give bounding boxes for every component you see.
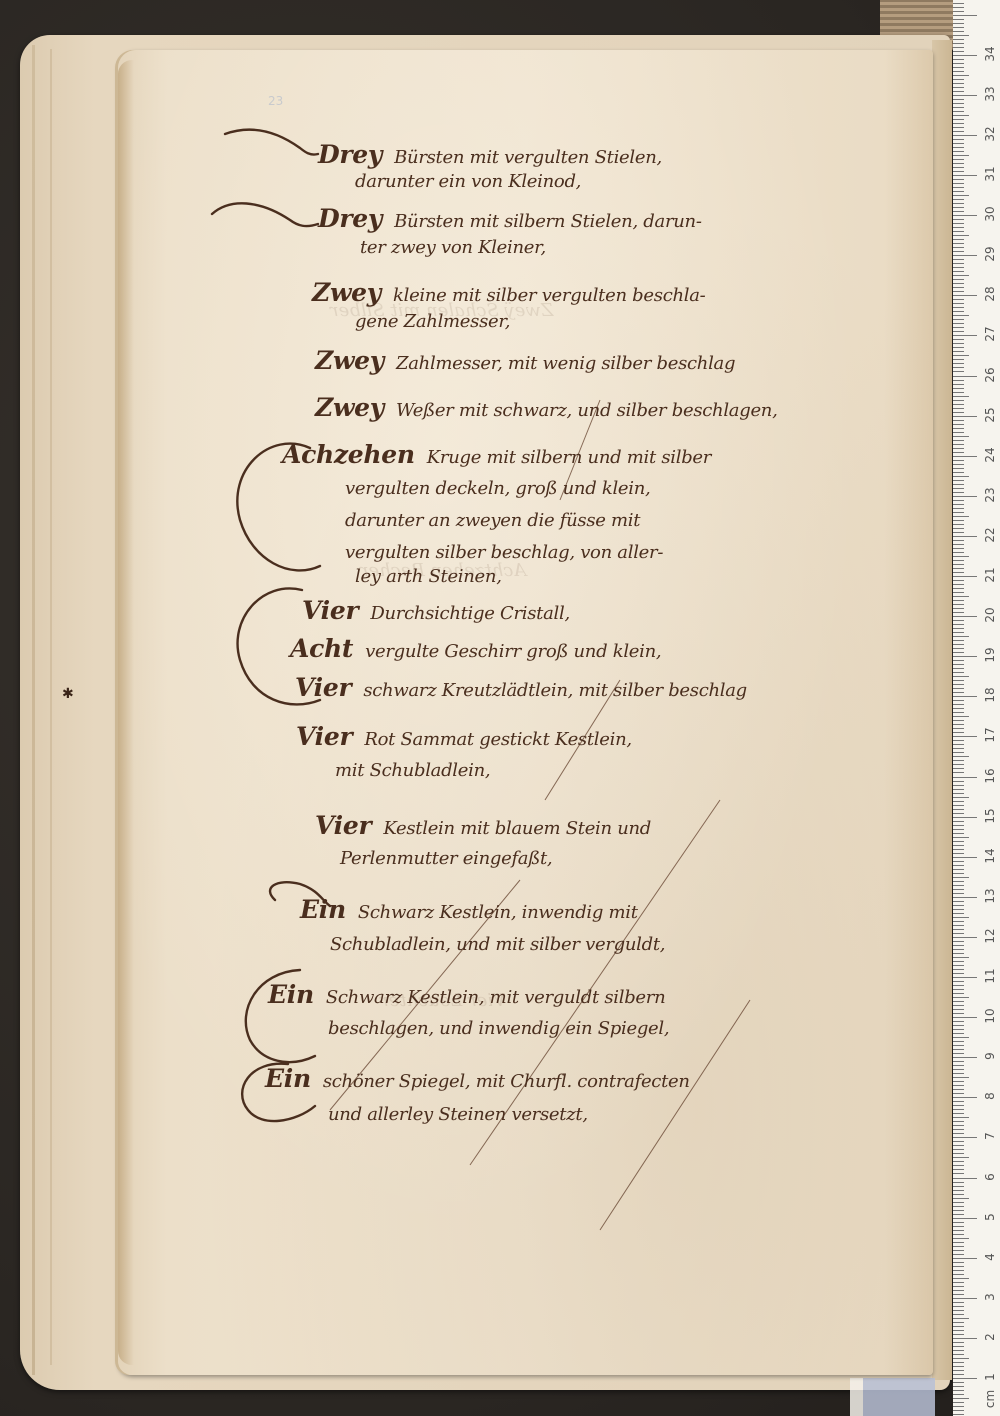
ruler-tick — [953, 752, 964, 753]
entry-text: Schwarz Kestlein, mit verguldt silbern — [326, 987, 666, 1008]
ruler-tick — [953, 351, 964, 352]
ruler-tick — [953, 797, 969, 798]
entry-line: Zweykleine mit silber vergulten beschla- — [312, 278, 705, 307]
ruler-tick — [953, 801, 964, 802]
ruler-tick — [953, 384, 964, 385]
ruler-tick — [953, 1370, 964, 1371]
ruler-tick — [953, 15, 977, 16]
ruler-tick — [953, 1362, 964, 1363]
ruler-tick — [953, 740, 964, 741]
ruler-tick — [953, 592, 964, 593]
ruler-tick — [953, 1117, 969, 1118]
entry-text: Kestlein mit blauem Stein und — [383, 818, 651, 839]
ruler-tick — [953, 1246, 964, 1247]
ruler-tick — [953, 1298, 977, 1299]
entry-text: kleine mit silber vergulten beschla- — [393, 285, 705, 306]
ruler-tick — [953, 396, 969, 397]
ruler-tick — [953, 1202, 964, 1203]
ruler-tick — [953, 147, 964, 148]
ruler-tick — [953, 893, 964, 894]
binding-gutter — [932, 40, 952, 1380]
entry-continuation: ter zwey von Kleiner, — [360, 237, 546, 258]
ruler-tick — [953, 259, 964, 260]
ruler-tick — [953, 388, 964, 389]
entry-text: Bürsten mit vergulten Stielen, — [394, 147, 662, 168]
ruler-tick — [953, 319, 964, 320]
ruler-tick — [953, 612, 964, 613]
ruler-label: 5 — [983, 1207, 997, 1227]
ruler-tick — [953, 1077, 969, 1078]
ruler-tick — [953, 809, 964, 810]
ruler-tick — [953, 644, 964, 645]
entry-line: EinSchwarz Kestlein, mit verguldt silber… — [268, 980, 665, 1009]
ruler-tick — [953, 460, 964, 461]
ruler-tick — [953, 103, 964, 104]
ruler-tick — [953, 1258, 977, 1259]
ruler-tick — [953, 1190, 964, 1191]
ruler-tick — [953, 472, 964, 473]
ruler-tick — [953, 760, 964, 761]
ruler-tick — [953, 973, 964, 974]
entry-lead-word: Ein — [268, 980, 314, 1009]
ruler-tick — [953, 227, 964, 228]
ruler-tick — [953, 785, 964, 786]
ruler-tick — [953, 764, 964, 765]
ruler-tick — [953, 247, 964, 248]
ruler-tick — [953, 676, 969, 677]
ruler-label: 4 — [983, 1247, 997, 1267]
ruler-tick — [953, 151, 964, 152]
ruler-tick — [953, 1045, 964, 1046]
ruler-tick — [953, 331, 964, 332]
ruler-tick — [953, 1378, 977, 1379]
ruler-tick — [953, 748, 964, 749]
ruler-tick — [953, 909, 964, 910]
ruler-tick — [953, 845, 964, 846]
ruler-label: 28 — [983, 284, 997, 304]
ruler-tick — [953, 945, 964, 946]
ruler-tick — [953, 211, 964, 212]
ruler-tick — [953, 516, 969, 517]
ruler-tick — [953, 99, 964, 100]
ruler-tick — [953, 648, 964, 649]
ruler-tick — [953, 223, 964, 224]
ruler-tick — [953, 424, 964, 425]
ruler-tick — [953, 135, 977, 136]
ruler-tick — [953, 67, 964, 68]
ruler-tick — [953, 171, 964, 172]
ruler-tick — [953, 568, 964, 569]
ruler-tick — [953, 55, 977, 56]
ruler-tick — [953, 1262, 964, 1263]
ruler-tick — [953, 1033, 964, 1034]
ruler-tick — [953, 1105, 964, 1106]
ruler-label: 16 — [983, 766, 997, 786]
ruler-tick — [953, 929, 964, 930]
ruler-tick — [953, 1238, 969, 1239]
ruler-tick — [953, 1278, 969, 1279]
ruler-tick — [953, 1214, 964, 1215]
ruler-tick — [953, 756, 969, 757]
ruler-tick — [953, 91, 964, 92]
ruler-label: 25 — [983, 405, 997, 425]
ruler-tick — [953, 857, 977, 858]
ruler-tick — [953, 704, 964, 705]
ruler-tick — [953, 295, 977, 296]
ruler-label: 33 — [983, 84, 997, 104]
entry-line: Achtvergulte Geschirr groß und klein, — [290, 634, 661, 663]
ruler-tick — [953, 873, 964, 874]
ruler-tick — [953, 1274, 964, 1275]
bottom-tab — [850, 1378, 935, 1416]
ruler-tick — [953, 131, 964, 132]
ruler-tick — [953, 604, 964, 605]
ruler-tick — [953, 656, 977, 657]
ruler-label: 9 — [983, 1046, 997, 1066]
ruler-tick — [953, 1234, 964, 1235]
ruler-tick — [953, 1057, 977, 1058]
ruler-tick — [953, 736, 977, 737]
ruler-label: 32 — [983, 124, 997, 144]
ruler-label: 14 — [983, 846, 997, 866]
ruler-tick — [953, 1326, 964, 1327]
ruler-tick — [953, 548, 964, 549]
ruler-tick — [953, 993, 964, 994]
ruler-tick — [953, 1169, 964, 1170]
ruler-tick — [953, 31, 964, 32]
ruler-tick — [953, 716, 969, 717]
entry-line: EinSchwarz Kestlein, inwendig mit — [300, 895, 638, 924]
ruler-tick — [953, 1306, 964, 1307]
ruler-label: 13 — [983, 886, 997, 906]
ruler-tick — [953, 1037, 969, 1038]
ruler-tick — [953, 347, 964, 348]
ruler-label: 20 — [983, 605, 997, 625]
ruler-tick — [953, 865, 964, 866]
ruler-tick — [953, 913, 964, 914]
ruler-tick — [953, 1406, 964, 1407]
ruler-label: 26 — [983, 365, 997, 385]
ruler-tick — [953, 1194, 964, 1195]
ruler-label: 8 — [983, 1086, 997, 1106]
ruler-tick — [953, 400, 964, 401]
entry-line: AchzehenKruge mit silbern und mit silber — [282, 440, 711, 469]
ruler-tick — [953, 564, 964, 565]
ruler-tick — [953, 813, 964, 814]
ruler-tick — [953, 560, 964, 561]
ruler-tick — [953, 51, 964, 52]
ruler-tick — [953, 1314, 964, 1315]
ruler-tick — [953, 720, 964, 721]
ruler-tick — [953, 1282, 964, 1283]
ruler-tick — [953, 580, 964, 581]
ruler-tick — [953, 941, 964, 942]
ruler-tick — [953, 1206, 964, 1207]
ruler-tick — [953, 1182, 964, 1183]
ruler-tick — [953, 23, 964, 24]
ruler-label: 29 — [983, 244, 997, 264]
ruler-tick — [953, 143, 964, 144]
ruler-tick — [953, 191, 964, 192]
ruler-tick — [953, 1153, 964, 1154]
ruler-tick — [953, 155, 969, 156]
ruler-tick — [953, 596, 969, 597]
ruler-tick — [953, 524, 964, 525]
ruler-tick — [953, 1093, 964, 1094]
ruler-tick — [953, 464, 964, 465]
ruler-tick — [953, 496, 977, 497]
entry-lead-word: Ein — [300, 895, 346, 924]
ruler-tick — [953, 500, 964, 501]
ruler-tick — [953, 1250, 964, 1251]
ruler-tick — [953, 985, 964, 986]
ruler-tick — [953, 1005, 964, 1006]
ruler-label: 6 — [983, 1167, 997, 1187]
entry-line: VierDurchsichtige Cristall, — [302, 596, 570, 625]
ruler-tick — [953, 183, 964, 184]
ruler-tick — [953, 624, 964, 625]
ruler-tick — [953, 75, 969, 76]
ruler-tick — [953, 175, 977, 176]
ruler-tick — [953, 167, 964, 168]
ruler-tick — [953, 1382, 964, 1383]
ruler-tick — [953, 1226, 964, 1227]
ruler-tick — [953, 1133, 964, 1134]
ruler-tick — [953, 219, 964, 220]
ruler-tick — [953, 600, 964, 601]
ruler-label: 1 — [983, 1367, 997, 1387]
entry-lead-word: Achzehen — [282, 440, 415, 469]
ruler-tick — [953, 933, 964, 934]
ruler-tick — [953, 901, 964, 902]
ruler-tick — [953, 111, 964, 112]
ruler-label: 7 — [983, 1126, 997, 1146]
entry-lead-word: Zwey — [315, 346, 384, 375]
ruler-tick — [953, 203, 964, 204]
ruler-tick — [953, 480, 964, 481]
ruler-tick — [953, 416, 977, 417]
ruler-tick — [953, 636, 969, 637]
ruler-tick — [953, 1013, 964, 1014]
ruler-tick — [953, 271, 964, 272]
ruler-tick — [953, 825, 964, 826]
ruler-label: 24 — [983, 445, 997, 465]
ruler-tick — [953, 576, 977, 577]
ruler-tick — [953, 123, 964, 124]
entry-continuation: Perlenmutter eingefaßt, — [340, 848, 552, 869]
ruler-tick — [953, 315, 969, 316]
ruler-tick — [953, 833, 964, 834]
ruler-tick — [953, 19, 964, 20]
ruler-tick — [953, 1097, 977, 1098]
ruler-tick — [953, 777, 977, 778]
ruler-tick — [953, 1061, 964, 1062]
ruler-tick — [953, 263, 964, 264]
ruler-tick — [953, 1041, 964, 1042]
ruler-tick — [953, 1149, 964, 1150]
ruler-tick — [953, 432, 964, 433]
entry-lead-word: Vier — [296, 722, 352, 751]
ruler-tick — [953, 1081, 964, 1082]
ruler-tick — [953, 291, 964, 292]
ruler-tick — [953, 1113, 964, 1114]
ruler-tick — [953, 821, 964, 822]
entry-text: Weßer mit schwarz, und silber beschlagen… — [396, 400, 778, 421]
ruler-tick — [953, 163, 964, 164]
ruler-unit-label: cm — [983, 1389, 997, 1409]
entry-text: Schwarz Kestlein, inwendig mit — [358, 902, 638, 923]
ruler-tick — [953, 672, 964, 673]
entry-text: vergulte Geschirr groß und klein, — [365, 641, 661, 662]
ruler-tick — [953, 7, 964, 8]
ruler-tick — [953, 957, 969, 958]
entry-continuation: darunter an zweyen die füsse mit — [345, 510, 640, 531]
ruler-tick — [953, 829, 964, 830]
ruler-tick — [953, 1310, 964, 1311]
entry-line: Einschöner Spiegel, mit Churfl. contrafe… — [265, 1064, 690, 1093]
entry-lead-word: Vier — [302, 596, 358, 625]
ruler-tick — [953, 680, 964, 681]
ruler-label: 34 — [983, 44, 997, 64]
ruler-tick — [953, 335, 977, 336]
ruler-tick — [953, 428, 964, 429]
ruler-label: 22 — [983, 525, 997, 545]
ruler-tick — [953, 1141, 964, 1142]
ruler-tick — [953, 1270, 964, 1271]
ruler-label: 17 — [983, 725, 997, 745]
ruler-tick — [953, 841, 964, 842]
ruler-tick — [953, 299, 964, 300]
ruler-tick — [953, 688, 964, 689]
entry-lead-word: Ein — [265, 1064, 311, 1093]
ruler-tick — [953, 1366, 964, 1367]
ruler-tick — [953, 981, 964, 982]
ruler-tick — [953, 732, 964, 733]
ruler-tick — [953, 1210, 964, 1211]
ruler-tick — [953, 1286, 964, 1287]
ruler-tick — [953, 444, 964, 445]
ruler-tick — [953, 1222, 964, 1223]
ruler-tick — [953, 1161, 964, 1162]
entry-text: schwarz Kreutzlädtlein, mit silber besch… — [363, 680, 747, 701]
ruler-tick — [953, 1398, 969, 1399]
entry-line: ZweyZahlmesser, mit wenig silber beschla… — [315, 346, 735, 375]
entry-text: Rot Sammat gestickt Kestlein, — [364, 729, 631, 750]
ruler-tick — [953, 303, 964, 304]
ruler-tick — [953, 1049, 964, 1050]
ruler-tick — [953, 724, 964, 725]
entry-lead-word: Drey — [318, 140, 382, 169]
ruler-tick — [953, 789, 964, 790]
ruler-tick — [953, 628, 964, 629]
ruler-tick — [953, 484, 964, 485]
entry-line: DreyBürsten mit vergulten Stielen, — [318, 140, 662, 169]
ruler-tick — [953, 877, 969, 878]
ruler-tick — [953, 1266, 964, 1267]
ruler-tick — [953, 861, 964, 862]
ruler-tick — [953, 805, 964, 806]
ruler-tick — [953, 408, 964, 409]
ruler-tick — [953, 367, 964, 368]
ruler-tick — [953, 47, 964, 48]
entry-lead-word: Acht — [290, 634, 353, 663]
ruler-tick — [953, 989, 964, 990]
ruler-tick — [953, 1129, 964, 1130]
ruler-tick — [953, 492, 964, 493]
entry-continuation: ley arth Steinen, — [355, 566, 502, 587]
ruler-tick — [953, 869, 964, 870]
ruler-tick — [953, 712, 964, 713]
ruler-tick — [953, 977, 977, 978]
ruler-tick — [953, 39, 964, 40]
ruler-tick — [953, 1354, 964, 1355]
ruler-tick — [953, 1121, 964, 1122]
ruler-tick — [953, 1338, 977, 1339]
ruler-tick — [953, 488, 964, 489]
ruler-tick — [953, 772, 964, 773]
ruler-tick — [953, 708, 964, 709]
ruler-tick — [953, 1242, 964, 1243]
ruler-tick — [953, 355, 969, 356]
ruler-label: 11 — [983, 966, 997, 986]
ruler-tick — [953, 43, 964, 44]
ruler-tick — [953, 849, 964, 850]
ruler-tick — [953, 660, 964, 661]
entry-text: Zahlmesser, mit wenig silber beschlag — [396, 353, 735, 374]
ruler-tick — [953, 436, 969, 437]
ruler-tick — [953, 1322, 964, 1323]
ruler-tick — [953, 1318, 969, 1319]
ruler-tick — [953, 1137, 977, 1138]
ruler-tick — [953, 1157, 969, 1158]
ruler-label: 21 — [983, 565, 997, 585]
ruler-tick — [953, 1358, 969, 1359]
ruler-tick — [953, 949, 964, 950]
entry-lead-word: Zwey — [315, 393, 384, 422]
ruler-tick — [953, 744, 964, 745]
ruler-tick — [953, 937, 977, 938]
entry-lead-word: Vier — [295, 673, 351, 702]
ruler-tick — [953, 1350, 964, 1351]
entry-text: Durchsichtige Cristall, — [370, 603, 570, 624]
ruler-tick — [953, 63, 964, 64]
entry-text: Kruge mit silbern und mit silber — [427, 447, 711, 468]
ruler-label: 27 — [983, 324, 997, 344]
ruler-tick — [953, 512, 964, 513]
ruler-tick — [953, 997, 969, 998]
ruler-tick — [953, 440, 964, 441]
ruler-tick — [953, 287, 964, 288]
ruler-tick — [953, 363, 964, 364]
ruler-tick — [953, 1386, 964, 1387]
ruler-tick — [953, 684, 964, 685]
ruler-tick — [953, 115, 969, 116]
ruler-tick — [953, 476, 969, 477]
ruler-tick — [953, 508, 964, 509]
ruler-tick — [953, 1065, 964, 1066]
ruler-label: 30 — [983, 204, 997, 224]
ruler-tick — [953, 343, 964, 344]
ruler-label: 19 — [983, 645, 997, 665]
ruler-tick — [953, 199, 964, 200]
ruler-tick — [953, 83, 964, 84]
ruler-tick — [953, 1173, 964, 1174]
ruler-tick — [953, 965, 964, 966]
ruler-tick — [953, 837, 969, 838]
ruler-tick — [953, 159, 964, 160]
ruler-tick — [953, 323, 964, 324]
ruler-tick — [953, 640, 964, 641]
